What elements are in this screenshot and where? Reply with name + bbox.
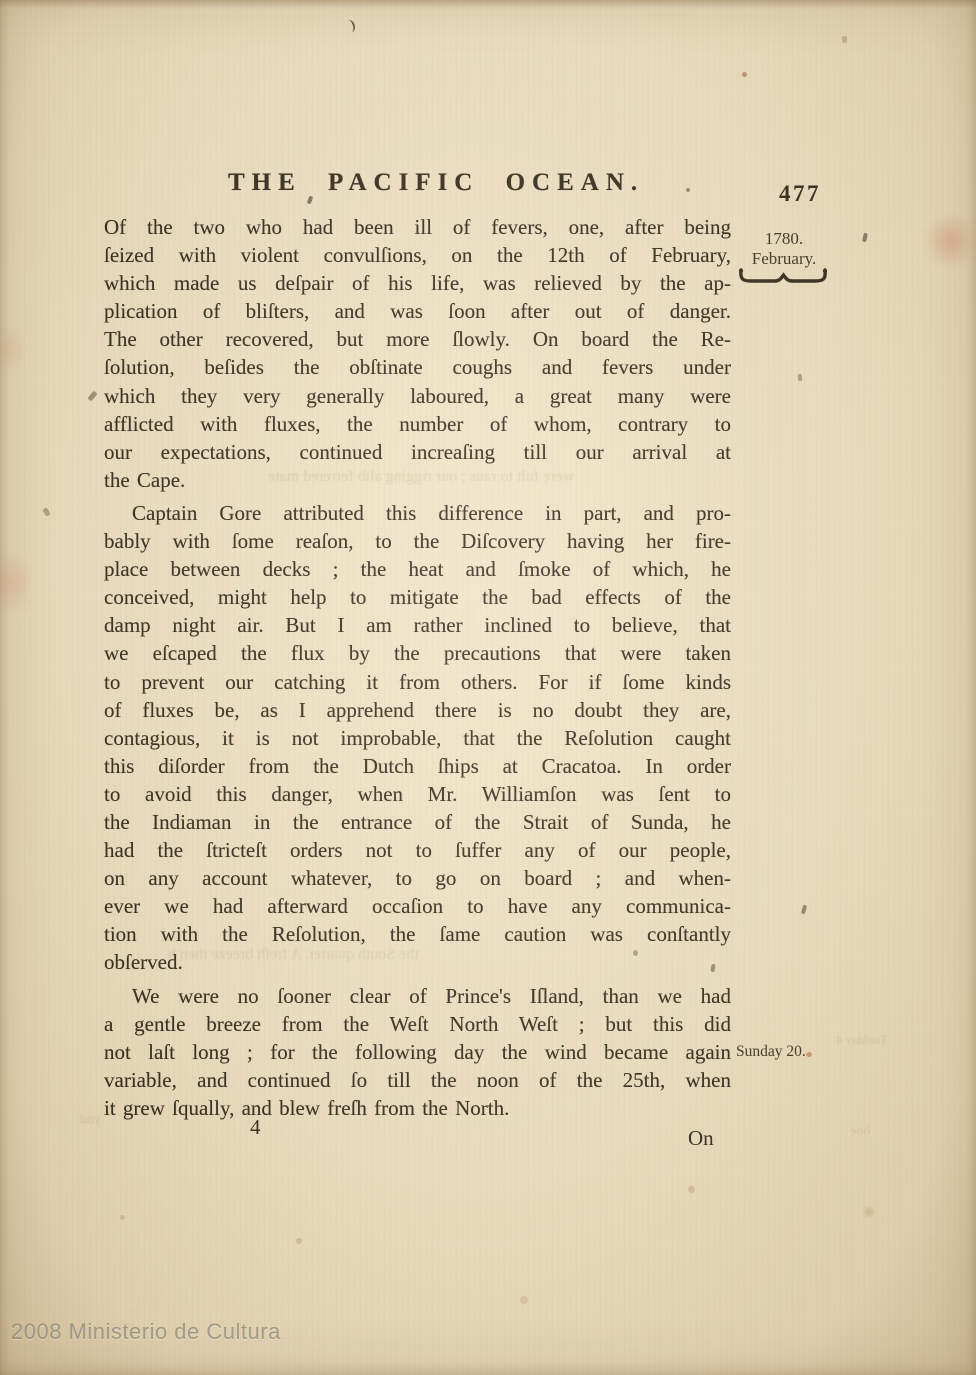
text-line: afflicted with fluxes, the number of who…	[104, 410, 731, 438]
brace-icon	[737, 266, 829, 286]
text-line: ſolution, beſides the obſtinate coughs a…	[104, 353, 731, 381]
text-line: Captain Gore attributed this difference …	[104, 499, 731, 527]
stain-spot	[742, 72, 747, 77]
ink-fleck	[797, 374, 802, 382]
text-line: place between decks ; the heat and ſmoke…	[104, 555, 731, 583]
text-line: had the ſtricteſt orders not to ſuffer a…	[104, 836, 731, 864]
text-line: to prevent our catching it from others. …	[104, 668, 731, 696]
foxing-spot	[842, 36, 847, 43]
stain-smear	[0, 320, 24, 380]
page-number: 477	[779, 181, 821, 207]
stain-spot	[806, 1052, 812, 1057]
ink-fleck	[87, 391, 97, 402]
sidenote-day: Sunday 20.	[736, 1043, 806, 1061]
foxing-spot	[120, 1215, 125, 1220]
catchword: On	[688, 1126, 714, 1151]
text-line: of fluxes be, as I apprehend there is no…	[104, 696, 731, 724]
text-line: ſeized with violent convulſions, on the …	[104, 241, 731, 269]
text-line: conceived, might help to mitigate the ba…	[104, 583, 731, 611]
text-line: it grew ſqually, and blew freſh from the…	[104, 1094, 731, 1122]
text-line: obſerved.	[104, 948, 731, 976]
text-line: we eſcaped the flux by the precautions t…	[104, 639, 731, 667]
page-title: THE PACIFIC OCEAN.	[228, 169, 642, 197]
text-line: ever we had afterward occaſion to have a…	[104, 892, 731, 920]
ghost-text: Tueſday 4	[836, 1032, 888, 1048]
text-line: We were no ſooner clear of Prince's Iſla…	[104, 982, 731, 1010]
foxing-spot	[296, 1238, 302, 1244]
text-line: our expectations, continued increaſing t…	[104, 438, 731, 466]
text-line: The other recovered, but more ſlowly. On…	[104, 325, 731, 353]
text-line: the Cape.	[104, 466, 731, 494]
ghost-text: bne	[850, 1124, 870, 1140]
text-line: this diſorder from the Dutch ſhips at Cr…	[104, 752, 731, 780]
text-line: not laſt long ; for the following day th…	[104, 1038, 731, 1066]
text-line: variable, and continued ſo till the noon…	[104, 1066, 731, 1094]
foxing-spot	[688, 1186, 695, 1193]
foxing-spot	[862, 1205, 876, 1219]
text-line: tion with the Reſolution, the ſame cauti…	[104, 920, 731, 948]
sidenote-year: 1780.	[740, 229, 828, 249]
text-line: a gentle breeze from the Weſt North Weſt…	[104, 1010, 731, 1038]
text-line: bably with ſome reaſon, to the Diſcovery…	[104, 527, 731, 555]
text-line: which made us deſpair of his life, was r…	[104, 269, 731, 297]
ghost-text: ynd	[80, 1112, 101, 1128]
paragraph: We were no ſooner clear of Prince's Iſla…	[104, 982, 731, 1122]
text-line: on any account whatever, to go on board …	[104, 864, 731, 892]
text-line: which they very generally laboured, a gr…	[104, 382, 731, 410]
signature-mark: 4	[250, 1115, 261, 1140]
sidenote-date: 1780. February.	[740, 229, 828, 269]
text-line: damp night air. But I am rather inclined…	[104, 611, 731, 639]
ink-fleck	[686, 188, 690, 192]
stain-smear	[926, 210, 976, 272]
text-line: to avoid this danger, when Mr. Williamſo…	[104, 780, 731, 808]
foxing-spot	[520, 1296, 528, 1304]
text-line: contagious, it is not improbable, that t…	[104, 724, 731, 752]
text-line: plication of bliſters, and was ſoon afte…	[104, 297, 731, 325]
scanned-book-page: were fult to raus ; our rigging alib fer…	[0, 0, 976, 1375]
text-line: Of the two who had been ill of fevers, o…	[104, 213, 731, 241]
watermark: 2008 Ministerio de Cultura	[11, 1319, 281, 1345]
paragraph: Captain Gore attributed this difference …	[104, 499, 731, 977]
body-text: Of the two who had been ill of fevers, o…	[104, 213, 731, 1127]
ink-fleck	[343, 19, 357, 34]
ink-fleck	[801, 905, 807, 915]
paragraph: Of the two who had been ill of fevers, o…	[104, 213, 731, 494]
ink-fleck	[862, 233, 868, 243]
stain-smear	[0, 540, 30, 625]
ink-fleck	[42, 507, 50, 516]
text-line: the Indiaman in the entrance of the Stra…	[104, 808, 731, 836]
